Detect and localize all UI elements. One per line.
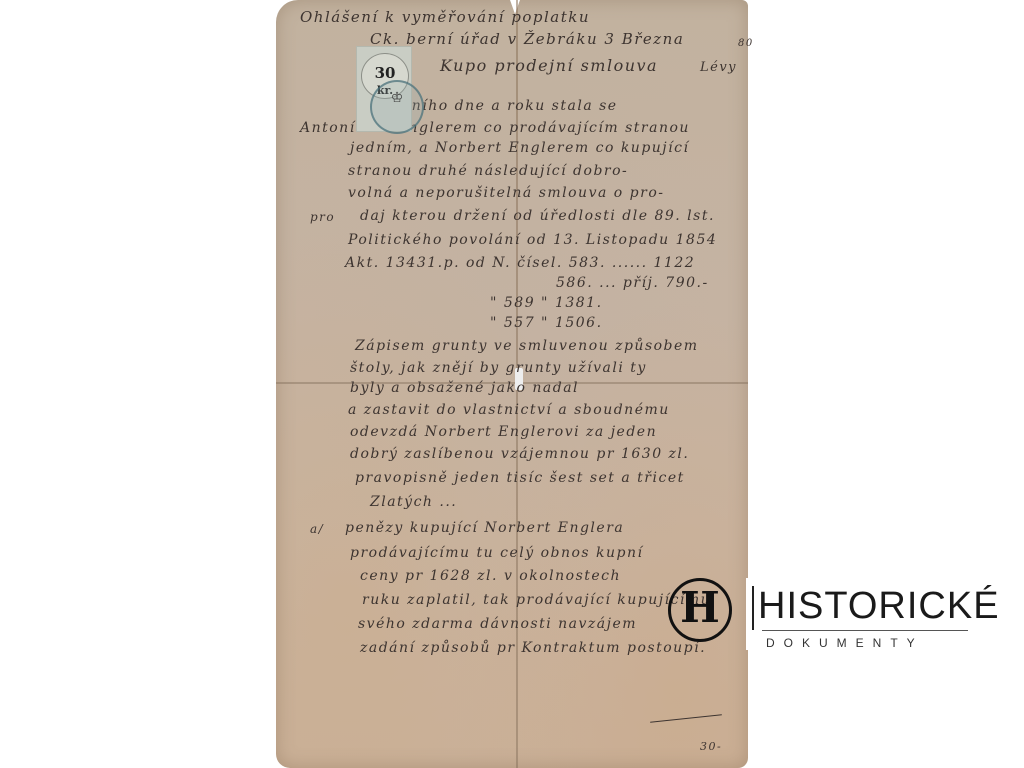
handwritten-line: stranou druhé následující dobro- (348, 163, 628, 179)
handwritten-line: volná a neporušitelná smlouva o pro- (348, 185, 664, 201)
watermark-logo: H HISTORICKÉ DOKUMENTY (668, 578, 978, 666)
logo-monogram: H (668, 584, 732, 632)
handwritten-line: zadání způsobů pr Kontraktum postoupí. (360, 640, 706, 656)
handwritten-line: a/ (310, 522, 324, 536)
official-seal: ♔ (370, 80, 424, 134)
logo-title: HISTORICKÉ (758, 586, 1000, 626)
eagle-icon: ♔ (372, 90, 422, 107)
handwritten-line: ruku zaplatil, tak prodávající kupujícím… (362, 592, 711, 608)
handwritten-line: jedním, a Norbert Englerem co kupující (350, 140, 689, 156)
handwritten-line: byly a obsažené jako nadal (350, 380, 579, 396)
handwritten-line: 80 (738, 38, 754, 49)
handwritten-line: svého zdarma dávnosti navzájem (358, 616, 637, 632)
logo-bar (752, 586, 754, 630)
handwritten-line: Politického povolání od 13. Listopadu 18… (348, 232, 717, 248)
handwritten-line: penězy kupující Norbert Englera (345, 520, 624, 536)
logo-divider (762, 630, 968, 631)
handwritten-line: pro (310, 210, 335, 224)
handwritten-line: Akt. 13431.p. od N. čísel. 583. ...... 1… (345, 255, 695, 271)
handwritten-line: 30- (700, 740, 722, 753)
handwritten-line: Zlatých ... (370, 494, 457, 510)
handwritten-line: Ohlášení k vyměřování poplatku (300, 8, 590, 26)
handwritten-line: štoly, jak znějí by grunty užívali ty (350, 360, 647, 376)
handwritten-line: pravopisně jeden tisíc šest set a třicet (355, 470, 685, 486)
stamp-value: 30 (362, 64, 408, 82)
handwritten-line: ceny pr 1628 zl. v okolnostech (360, 568, 621, 584)
logo-subtitle: DOKUMENTY (766, 636, 924, 650)
handwritten-line: odevzdá Norbert Englerovi za jeden (350, 424, 657, 440)
handwritten-line: " 589 " 1381. (490, 295, 603, 311)
handwritten-line: Ck. berní úřad v Žebráku 3 Března (370, 30, 684, 48)
handwritten-line: 586. ... příj. 790.- (556, 275, 709, 291)
handwritten-line: daj kterou držení od úředlosti dle 89. l… (360, 208, 715, 224)
handwritten-line: Kupo prodejní smlouva (440, 56, 658, 75)
handwritten-line: " 557 " 1506. (490, 315, 603, 331)
handwritten-line: Lévy (700, 60, 737, 75)
handwritten-line: dobrý zaslíbenou vzájemnou pr 1630 zl. (350, 446, 689, 462)
handwritten-line: a zastavit do vlastnictví a sboudnému (348, 402, 670, 418)
handwritten-line: Zápisem grunty ve smluvenou způsobem (355, 338, 699, 354)
handwritten-line: prodávajícímu tu celý obnos kupní (350, 545, 644, 561)
